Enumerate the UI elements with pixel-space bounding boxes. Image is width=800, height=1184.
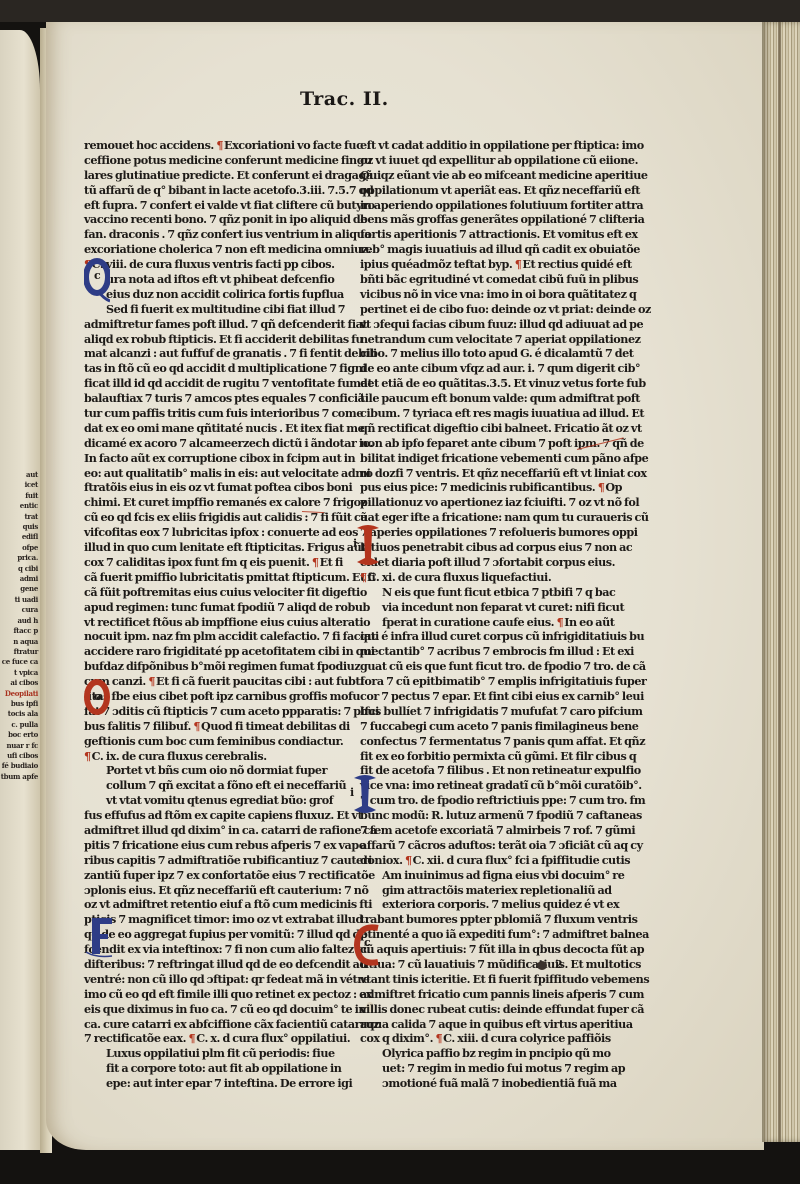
text-line: ro dozfi 7 ventris. Et qñz neceffariũ ef… [360, 466, 616, 481]
chapter-heading-text: C. viii. de cura fluxus ventris facti pp… [92, 257, 335, 271]
line-text: uet: 7 regim in medio fui motus 7 regim … [382, 1061, 625, 1075]
line-text: fat 7 ɔditis cũ ftipticis 7 cum aceto pp… [84, 704, 379, 718]
line-text: cã fuerit pmiffio lubricitatis pmittat f… [84, 570, 375, 584]
facing-page-line: c. pulla [0, 720, 38, 730]
line-text: pitis 7 fricatione eius cum rebus afperi… [84, 838, 366, 852]
line-text: bus falitis 7 filibuf. [84, 719, 193, 733]
text-line: Quiqz eũant vie ab eo mifceant medicine … [360, 168, 616, 183]
text-line: fit a corpore toto: aut fit ab oppilatio… [84, 1061, 340, 1076]
line-text: Quiqz eũant vie ab eo mifceant medicine … [360, 168, 648, 182]
facing-page-line: t vpica [0, 668, 38, 678]
line-text-after-rubric: C. xii. d cura flux° fci a fpiffitudie c… [413, 853, 630, 867]
text-line: bufdaz difpõnibus b°mõi regimen fumat fp… [84, 659, 340, 674]
line-text: pticis 7 magnificet timor: imo oz vt ext… [84, 912, 363, 926]
line-text: bñti bãc egritudiné vt comedat cibũ fuũ … [360, 272, 638, 286]
text-line: fus effufus ad ftõm ex capite capiens fl… [84, 808, 340, 823]
text-line: fan. draconis . 7 qñz confert ius ventri… [84, 227, 340, 242]
line-text: tas in ftõ cũ eo qd accidit d multiplica… [84, 361, 366, 375]
line-text: eis que diximus in fuo ca. 7 cũ eo qd do… [84, 1002, 366, 1016]
text-line: pitis 7 fricatione eius cum rebus afperi… [84, 838, 340, 853]
text-line: vt ɔfequi facias cibum fuuz: illud qd ad… [360, 317, 616, 332]
line-text: difteribus: 7 reftringat illud qd de eo … [84, 957, 367, 971]
line-text: tũ affarũ de q° bibant in lacte acetofo.… [84, 183, 373, 197]
pilcrow-icon: ¶ [216, 138, 223, 152]
text-line: qui é infra illud curet corpus cũ infrig… [360, 629, 616, 644]
facing-page-line: ftratur [0, 647, 38, 657]
facing-page-line: tbum apfe [0, 772, 38, 782]
line-text: ɔplonis eius. Et qñz neceffariũ eft caut… [84, 883, 368, 897]
pilcrow-icon: ¶ [557, 615, 564, 629]
line-text: ceffione potus medicine conferunt medici… [84, 153, 372, 167]
text-line: affarũ 7 cãcros aduftos: terãt oia 7 ɔfi… [360, 838, 616, 853]
text-line: 7 fuccabegi cum aceto 7 panis fimilagine… [360, 719, 616, 734]
text-line: cidet diaria poft illud 7 ɔfortabit corp… [360, 555, 616, 570]
text-line: fortis aperitionis 7 attractionis. Et vo… [360, 227, 616, 242]
facing-page-line: fuit [0, 491, 38, 501]
line-text: bunc modũ: R. lutuz armenũ 7 fpodiũ 7 ca… [360, 808, 642, 822]
line-text: eo: aut qualitatib° malis in eis: aut ve… [84, 466, 370, 480]
initial-i-glyph [352, 772, 378, 816]
text-line: illud in quo cum lenitate eft ftipticita… [84, 540, 340, 555]
line-text-after-rubric: Et fi [320, 555, 343, 569]
text-line: nocuit ipm. naz fm plm accidit calefacti… [84, 629, 340, 644]
text-line: ɔmotioné fuã malã 7 inobedientiã fuã ma [360, 1076, 616, 1091]
pilcrow-icon: ¶ [598, 480, 605, 494]
text-line: uat eger ifte a fricatione: nam qum tu c… [360, 510, 616, 525]
line-text: mat alcanzi : aut fuffuf de granatis . 7… [84, 346, 377, 360]
line-text: doniox. [360, 853, 405, 867]
chapter-heading: ¶C. xi. de cura fluxus liquefactiui. [360, 570, 616, 585]
running-head: Trac. II. [300, 88, 389, 110]
facing-page-line: aut [0, 470, 38, 480]
text-line: fperat in curatione caufe eius. ¶In eo a… [360, 615, 616, 630]
line-text: fperat in curatione caufe eius. [382, 615, 557, 629]
text-line: 7 rectificatõe eax. ¶C. x. d cura flux° … [84, 1031, 340, 1046]
text-line: trabant bumores ppter pblomiã 7 fluxum v… [360, 912, 616, 927]
text-line: epe: aut inter epar 7 inteftina. De erro… [84, 1076, 340, 1091]
line-text-after-rubric: C. x. d cura flux° oppilatiui. [196, 1031, 350, 1045]
facing-page-line: nuar r fc [0, 741, 38, 751]
text-line: aliqd ex robub ftipticis. Et fi accideri… [84, 332, 340, 347]
text-line: zantiũ fuper ipz 7 ex confortatõe eius 7… [84, 868, 340, 883]
text-line: eo: aut qualitatib° malis in eis: aut ve… [84, 466, 340, 481]
text-line: ceffione potus medicine conferunt medici… [84, 153, 340, 168]
line-text: cidet diaria poft illud 7 ɔfortabit corp… [360, 555, 615, 569]
text-line: vaccino recenti bono. 7 qñz ponit in ipo… [84, 212, 340, 227]
text-line: vt rectificet ftõus ab impffione eius cu… [84, 615, 340, 630]
line-text: fora 7 cũ epitbimatib° 7 emplis infrigit… [360, 674, 646, 688]
text-line: fcendit ex via inteftinox: 7 fi non cum … [84, 942, 340, 957]
line-text: eft fupra. 7 confert ei valde vt fiat cl… [84, 198, 375, 212]
text-line: pillationuz vo apertionez iaz fciuifti. … [360, 495, 616, 510]
text-line: tas in ftõ cũ eo qd accidit d multiplica… [84, 361, 340, 376]
text-line: remouet hoc accidens. ¶Excoriationi vo f… [84, 138, 340, 153]
line-text: dat ex eo omi mane qñtitaté nucis . Et i… [84, 421, 364, 435]
line-text: uat eger ifte a fricatione: nam qum tu c… [360, 510, 649, 524]
line-text: cox q dixim°. [360, 1031, 435, 1045]
text-line: ca. cure catarri ex abfciffione cãx faci… [84, 1017, 340, 1032]
facing-page-line: aud h [0, 616, 38, 626]
text-line: N eis que funt ficut etbica 7 ptbifi 7 q… [360, 585, 616, 600]
text-line: oz vt iuuet qd expellitur ab oppilatione… [360, 153, 616, 168]
facing-page-line: trat [0, 512, 38, 522]
text-line: chimi. Et curet impffio remanés ex calor… [84, 495, 340, 510]
text-line: vicibus nõ in vice vna: imo in oi bora q… [360, 287, 616, 302]
line-text: 7 fem acetofe excoriatã 7 almirbeis 7 ro… [360, 823, 635, 837]
line-text: in aperiendo oppilationes folutiuum fort… [360, 198, 643, 212]
line-text: latiuos penetrabit cibus ad corpus eius … [360, 540, 632, 554]
facing-page-line: entic [0, 501, 38, 511]
text-line: litas fbe eius cibet poft ipz carnibus g… [84, 689, 340, 704]
line-text: cox 7 caliditas ipox funt fm q eis pueni… [84, 555, 312, 569]
text-line: balauftiax 7 turis 7 amcos ptes equales … [84, 391, 340, 406]
text-line: cor 7 pectus 7 epar. Et fint cibi eius e… [360, 689, 616, 704]
facing-page-line: admi [0, 574, 38, 584]
line-text: bilitat indiget fricatione vebementi cum… [360, 451, 648, 465]
line-text: qd de eo aggregat fupius per vomitũ: 7 i… [84, 927, 367, 941]
text-line: admiftretur fames poft illud. 7 qñ defce… [84, 317, 340, 332]
text-line: cã fũit poftremitas eius cuius velociter… [84, 585, 340, 600]
facing-page-line: ce fuce ca [0, 657, 38, 667]
text-line: cox 7 caliditas ipox funt fm q eis pueni… [84, 555, 340, 570]
line-text: vicibus nõ in vice vna: imo in oi bora q… [360, 287, 636, 301]
line-text: vaccino recenti bono. 7 qñz ponit in ipo… [84, 212, 367, 226]
line-text: 7 cum tro. de fpodio reftrictiuis ppe: 7… [360, 793, 645, 807]
pilcrow-icon: ¶ [148, 674, 155, 688]
text-line: apud regimen: tunc fumat fpodiũ 7 aliqd … [84, 600, 340, 615]
text-line: cibum. 7 tyriaca eft res magis iuuatiua … [360, 406, 616, 421]
line-text: zantiũ fuper ipz 7 ex confortatõe eius 7… [84, 868, 375, 882]
line-text: epe: aut inter epar 7 inteftina. De erro… [106, 1076, 352, 1090]
facing-page-line: ti uadi [0, 595, 38, 605]
text-line: ptinenté a quo iã expediti fum°: 7 admif… [360, 927, 616, 942]
text-line: det etiã de eo quãtitas.3.5. Et vinuz ve… [360, 376, 616, 391]
text-line: fat 7 ɔditis cũ ftipticis 7 cum aceto pp… [84, 704, 340, 719]
line-text: ro dozfi 7 ventris. Et qñz neceffariũ ef… [360, 466, 647, 480]
line-text: remouet hoc accidens. [84, 138, 216, 152]
line-text: cibum. 7 tyriaca eft res magis iuuatiua … [360, 406, 644, 420]
text-column-left: remouet hoc accidens. ¶Excoriationi vo f… [84, 138, 340, 1091]
line-text: oz vt admiftret retentio eiuf a ftõ cum … [84, 897, 372, 911]
text-line: de eo ante cibum vfqz ad aur. i. 7 qum d… [360, 361, 616, 376]
line-text: vice vna: imo retineat gradatĩ cũ b°mõi … [360, 778, 642, 792]
line-text: ɔmotioné fuã malã 7 inobedientiã fuã ma [382, 1076, 617, 1090]
text-line: ftratõis eius in eis oz vt fumat poftea … [84, 480, 340, 495]
facing-page-line: bus ipfi [0, 699, 38, 709]
line-text: bus bullíet 7 infrigidatis 7 mufufat 7 c… [360, 704, 643, 718]
pilcrow-icon: ¶ [435, 1031, 442, 1045]
facing-page-line: fé budiaio [0, 761, 38, 771]
page-edge-fold [778, 22, 781, 1142]
text-line: eius duz non accidit colirica fortis fup… [84, 287, 340, 302]
line-text: admiftretur fames poft illud. 7 qñ defce… [84, 317, 367, 331]
text-line: Olyrica paffio bz regim in pncipio qũ mo [360, 1046, 616, 1061]
guide-letter: i [353, 538, 357, 549]
text-line: fit de acetofa 7 filibus . Et non retine… [360, 763, 616, 778]
text-line: mectantib° 7 acribus 7 embrocis fm illud… [360, 644, 616, 659]
text-line: ribus capitis 7 admiftratiõe rubificanti… [84, 853, 340, 868]
guide-letter: c [94, 270, 101, 281]
text-line: uet: 7 regim in medio fui motus 7 regim … [360, 1061, 616, 1076]
text-line: lares glutinatiue predicte. Et conferunt… [84, 168, 340, 183]
line-text: excoriatione cholerica 7 non eft medicin… [84, 242, 371, 256]
line-text-after-rubric: In eo aũt [564, 615, 614, 629]
text-line: 7 aperies oppilationes 7 refolueris bumo… [360, 525, 616, 540]
text-line: Portet vt bñs cum oio nõ dormiat fuper [84, 763, 340, 778]
text-line: 7 fem acetofe excoriatã 7 almirbeis 7 ro… [360, 823, 616, 838]
line-text: ventré: non cũ illo qd ɔftipat: qr fedea… [84, 972, 369, 986]
line-text: qui é infra illud curet corpus cũ infrig… [360, 629, 644, 643]
line-text-after-rubric: Excoriationi vo facte fuc [224, 138, 362, 152]
line-text: confectus 7 fermentatus 7 panis qum affa… [360, 734, 645, 748]
line-text: vt ɔfequi facias cibum fuuz: illud qd ad… [360, 317, 643, 331]
line-text: qñ rectificat digeftio cibi balneet. Fri… [360, 421, 642, 435]
line-text: mectantib° 7 acribus 7 embrocis fm illud… [360, 644, 634, 658]
line-text: pus eius pice: 7 medicinis rubificantibu… [360, 480, 598, 494]
initial-i-blue: i [352, 772, 378, 816]
text-line: bñti bãc egritudiné vt comedat cibũ fuũ … [360, 272, 616, 287]
line-text: ficat illd id qd accidit de rugitu 7 ven… [84, 376, 372, 390]
text-line: eis que diximus in fuo ca. 7 cũ eo qd do… [84, 1002, 340, 1017]
line-text: netrandum cum velocitate 7 aperiat oppil… [360, 332, 641, 346]
text-line: oz vt admiftret retentio eiuf a ftõ cum … [84, 897, 340, 912]
signature-mark: 2 [537, 958, 563, 971]
text-line: admiftret fricatio cum pannis lineis afp… [360, 987, 616, 1002]
line-text: cã fũit poftremitas eius cuius velociter… [84, 585, 367, 599]
text-line: collum 7 qñ excitat a fõno eft ei neceff… [84, 778, 340, 793]
text-line: dat ex eo omi mane qñtitaté nucis . Et i… [84, 421, 340, 436]
guide-letter: i [350, 787, 354, 798]
line-text: aqua calida 7 aque in quibus eft virtus … [360, 1017, 633, 1031]
signature-glyph-icon [537, 961, 547, 970]
line-text: titiua: 7 cũ lauatiuis 7 mũdificatiuis. … [360, 957, 641, 971]
facing-page-line: cura [0, 605, 38, 615]
text-line: mat alcanzi : aut fuffuf de granatis . 7… [84, 346, 340, 361]
line-text: admiftret illud qd dixim° in ca. catarri… [84, 823, 377, 837]
text-line: Am inuinimus ad figna eius vbi docuim° r… [360, 868, 616, 883]
line-text: de eo ante cibum vfqz ad aur. i. 7 qum d… [360, 361, 640, 375]
line-text: bens mãs groffas generãtes oppilationé 7… [360, 212, 644, 226]
text-line: bilitat indiget fricatione vebementi cum… [360, 451, 616, 466]
facing-page-line: ai cibos [0, 678, 38, 688]
chapter-heading: ¶C. viii. de cura fluxus ventris facti p… [84, 257, 340, 272]
line-text: imo cũ eo qd eft fimile illi quo retinet… [84, 987, 372, 1001]
line-text: bufdaz difpõnibus b°mõi regimen fumat fp… [84, 659, 360, 673]
line-text: ca. cure catarri ex abfciffione cãx faci… [84, 1017, 379, 1031]
facing-page-text-fragment: auticetfuitentictratquisediflofpeprica.q… [0, 470, 40, 782]
line-text: cor 7 pectus 7 epar. Et fint cibi eius e… [360, 689, 644, 703]
text-line: ura nota ad iftos eft vt phibeat defcenf… [84, 272, 340, 287]
facing-page-line: quis [0, 522, 38, 532]
line-text: 7 aperies oppilationes 7 refolueris bumo… [360, 525, 638, 539]
text-line: via incedunt non feparat vt curet: nifi … [360, 600, 616, 615]
pilcrow-icon: ¶ [360, 570, 367, 584]
line-text-after-rubric: Quod fi timeat debilitas di [201, 719, 350, 733]
line-text: reb° magis iuuatiuis ad illud qñ cadit e… [360, 242, 640, 256]
text-line: cũ eo qd fcis ex eliis frigidis aut cali… [84, 510, 340, 525]
line-text-after-rubric: Et rectius quidé eft [522, 257, 631, 271]
text-line: pticis 7 magnificet timor: imo oz vt ext… [84, 912, 340, 927]
line-text: villis donec rubeat cutis: deinde effund… [360, 1002, 644, 1016]
text-line: cox q dixim°. ¶C. xiii. d cura colyrice … [360, 1031, 616, 1046]
pilcrow-icon: ¶ [193, 719, 200, 733]
line-text: fcendit ex via inteftinox: 7 fi non cum … [84, 942, 370, 956]
line-text: fit a corpore toto: aut fit ab oppilatio… [106, 1061, 341, 1075]
text-line: eft vt cadat additio in oppilatione per … [360, 138, 616, 153]
text-line: fit ex eo forbitio permixta cũ gũmi. Et … [360, 749, 616, 764]
initial-q-blue: c [84, 257, 110, 303]
line-text: Portet vt bñs cum oio nõ dormiat fuper [106, 763, 327, 777]
facing-page-line: gene [0, 584, 38, 594]
text-line: reb° magis iuuatiuis ad illud qñ cadit e… [360, 242, 616, 257]
pilcrow-icon: ¶ [312, 555, 319, 569]
line-text: affarũ 7 cãcros aduftos: terãt oia 7 ɔfi… [360, 838, 643, 852]
initial-o-red: o [84, 678, 110, 718]
line-text: fortis aperitionis 7 attractionis. Et vo… [360, 227, 638, 241]
text-line: guat cũ eis que funt ficut tro. de fpodi… [360, 659, 616, 674]
line-text: aliqd ex robub ftipticis. Et fi accideri… [84, 332, 363, 346]
pilcrow-icon: ¶ [189, 1031, 196, 1045]
line-text-after-rubric: C. xiii. d cura colyrice paffiõis [443, 1031, 611, 1045]
line-text: 7 fuccabegi cum aceto 7 panis fimilagine… [360, 719, 638, 733]
line-text: balauftiax 7 turis 7 amcos ptes equales … [84, 391, 364, 405]
line-text: vifcofitas eox 7 lubricitas ipfox : conu… [84, 525, 358, 539]
facing-page-line: boc erto [0, 730, 38, 740]
guide-letter: c [364, 937, 371, 948]
line-text: guat cũ eis que funt ficut tro. de fpodi… [360, 659, 646, 673]
text-line: excoriatione cholerica 7 non eft medicin… [84, 242, 340, 257]
line-text: geftionis cum boc cum feminibus condiact… [84, 734, 343, 748]
text-line: ventré: non cũ illo qd ɔftipat: qr fedea… [84, 972, 340, 987]
line-text: pertinet ei de cibo fuo: deinde oz vt pr… [360, 302, 651, 316]
text-line: fora 7 cũ epitbimatib° 7 emplis infrigit… [360, 674, 616, 689]
text-line: ɔplonis eius. Et qñz neceffariũ eft caut… [84, 883, 340, 898]
text-line: cã fuerit pmiffio lubricitatis pmittat f… [84, 570, 340, 585]
text-line: qd de eo aggregat fupius per vomitũ: 7 i… [84, 927, 340, 942]
line-text: eft vt cadat additio in oppilatione per … [360, 138, 644, 152]
text-line: bunc modũ: R. lutuz armenũ 7 fpodiũ 7 ca… [360, 808, 616, 823]
text-line: bens mãs groffas generãtes oppilationé 7… [360, 212, 616, 227]
line-text: via incedunt non feparat vt curet: nifi … [382, 600, 624, 614]
text-line: imo cũ eo qd eft fimile illi quo retinet… [84, 987, 340, 1002]
text-line: cũ aquis apertiuis: 7 fũt illa in qbus d… [360, 942, 616, 957]
line-text: lares glutinatiue predicte. Et conferunt… [84, 168, 373, 182]
line-text: ptinenté a quo iã expediti fum°: 7 admif… [360, 927, 649, 941]
text-line: admiftret illud qd dixim° in ca. catarri… [84, 823, 340, 838]
facing-page-line: ftacc p [0, 626, 38, 636]
line-text: Am inuinimus ad figna eius vbi docuim° r… [382, 868, 624, 882]
initial-f-glyph [86, 914, 114, 958]
line-text: cũ aquis apertiuis: 7 fũt illa in qbus d… [360, 942, 644, 956]
text-line: aqua calida 7 aque in quibus eft virtus … [360, 1017, 616, 1032]
line-text: nocuit ipm. naz fm plm accidit calefacti… [84, 629, 375, 643]
line-text: Olyrica paffio bz regim in pncipio qũ mo [382, 1046, 611, 1060]
text-line: vice vna: imo retineat gradatĩ cũ b°mõi … [360, 778, 616, 793]
line-text: ipius quéadmõz teftat byp. [360, 257, 515, 271]
text-line: vtant tinis icteritie. Et fi fuerit fpif… [360, 972, 616, 987]
line-text: vt rectificet ftõus ab impffione eius cu… [84, 615, 370, 629]
line-text: ftratõis eius in eis oz vt fumat poftea … [84, 480, 352, 494]
line-text: tile paucum eft bonum valde: qum admiftr… [360, 391, 640, 405]
text-line: vifcofitas eox 7 lubricitas ipfox : conu… [84, 525, 340, 540]
facing-page-line: edifl [0, 532, 38, 542]
facing-page-edge: auticetfuitentictratquisediflofpeprica.q… [0, 30, 40, 1150]
line-text: pillationuz vo apertionez iaz fciuifti. … [360, 495, 639, 509]
pilcrow-icon: ¶ [84, 749, 91, 763]
line-text-after-rubric: Op [605, 480, 622, 494]
text-line: villis donec rubeat cutis: deinde effund… [360, 1002, 616, 1017]
text-line: bus bullíet 7 infrigidatis 7 mufufat 7 c… [360, 704, 616, 719]
line-text: oz vt iuuet qd expellitur ab oppilatione… [360, 153, 638, 167]
text-line: cibo. 7 melius illo toto apud G. é dical… [360, 346, 616, 361]
text-line: latiuos penetrabit cibus ad corpus eius … [360, 540, 616, 555]
line-text: admiftret fricatio cum pannis lineis afp… [360, 987, 644, 1001]
text-line: bus falitis 7 filibuf. ¶Quod fi timeat d… [84, 719, 340, 734]
line-text: dicamé ex acoro 7 alcameerzech dictũ i ã… [84, 436, 373, 450]
text-line: netrandum cum velocitate 7 aperiat oppil… [360, 332, 616, 347]
text-line: 7 cum tro. de fpodio reftrictiuis ppe: 7… [360, 793, 616, 808]
facing-page-line: n aqua [0, 637, 38, 647]
facing-page-line: ofpe [0, 543, 38, 553]
text-line: pertinet ei de cibo fuo: deinde oz vt pr… [360, 302, 616, 317]
line-text: oppilationum vt aperiãt eas. Et qñz nece… [360, 183, 640, 197]
text-line: Luxus oppilatiui plm fit cũ periodis: fi… [84, 1046, 340, 1061]
chapter-heading-text: C. ix. de cura fluxus cerebralis. [92, 749, 267, 763]
text-line: difteribus: 7 reftringat illud qd de eo … [84, 957, 340, 972]
facing-page-line: icet [0, 480, 38, 490]
text-line: geftionis cum boc cum feminibus condiact… [84, 734, 340, 749]
line-text: ribus capitis 7 admiftratiõe rubificanti… [84, 853, 372, 867]
line-text: chimi. Et curet impffio remanés ex calor… [84, 495, 367, 509]
line-text: ura nota ad iftos eft vt phibeat defcenf… [106, 272, 334, 286]
chapter-heading: ¶C. ix. de cura fluxus cerebralis. [84, 749, 340, 764]
facing-page-line: tocis ala [0, 709, 38, 719]
text-line: tur cum paffis tritis cum fuis interiori… [84, 406, 340, 421]
text-line: pus eius pice: 7 medicinis rubificantibu… [360, 480, 616, 495]
line-text: tur cum paffis tritis cum fuis interiori… [84, 406, 363, 420]
text-line: in aperiendo oppilationes folutiuum fort… [360, 198, 616, 213]
pilcrow-icon: ¶ [515, 257, 522, 271]
line-text: apud regimen: tunc fumat fpodiũ 7 aliqd … [84, 600, 370, 614]
line-text: det etiã de eo quãtitas.3.5. Et vinuz ve… [360, 376, 646, 390]
line-text: 7 rectificatõe eax. [84, 1031, 189, 1045]
chapter-heading-text: C. xi. de cura fluxus liquefactiui. [368, 570, 552, 584]
text-line: accidere raro frigiditaté pp acetofitate… [84, 644, 340, 659]
facing-page-line: ufi cibos [0, 751, 38, 761]
line-text: gim attractõis materiex repletionaliũ ad [382, 883, 612, 897]
facing-page-line: prica. [0, 553, 38, 563]
line-text: In facto aũt ex corruptione cibox in fci… [84, 451, 355, 465]
initial-i-red: i [355, 522, 381, 568]
line-text: vt vtat vomitu qtenus egrediat bũo: grof [106, 793, 333, 807]
text-line: gim attractõis materiex repletionaliũ ad [360, 883, 616, 898]
line-text: collum 7 qñ excitat a fõno eft ei neceff… [106, 778, 346, 792]
text-line: ficat illd id qd accidit de rugitu 7 ven… [84, 376, 340, 391]
text-line: Sed fi fuerit ex multitudine cibi fiat i… [84, 302, 340, 317]
line-text: illud in quo cum lenitate eft ftipticita… [84, 540, 366, 554]
page-edges-stack [762, 22, 800, 1142]
text-line: doniox. ¶C. xii. d cura flux° fci a fpif… [360, 853, 616, 868]
line-text: cibo. 7 melius illo toto apud G. é dical… [360, 346, 634, 360]
initial-c-red: c [354, 922, 382, 968]
text-line: tũ affarũ de q° bibant in lacte acetofo.… [84, 183, 340, 198]
text-line: cum canzi. ¶Et fi cã fuerit paucitas cib… [84, 674, 340, 689]
text-line: vt vtat vomitu qtenus egrediat bũo: grof [84, 793, 340, 808]
line-text: fit de acetofa 7 filibus . Et non retine… [360, 763, 641, 777]
line-text: exteriora corporis. 7 melius quidez é vt… [382, 897, 619, 911]
facing-page-line: Deopilati [0, 689, 38, 699]
line-text: accidere raro frigiditaté pp acetofitate… [84, 644, 375, 658]
